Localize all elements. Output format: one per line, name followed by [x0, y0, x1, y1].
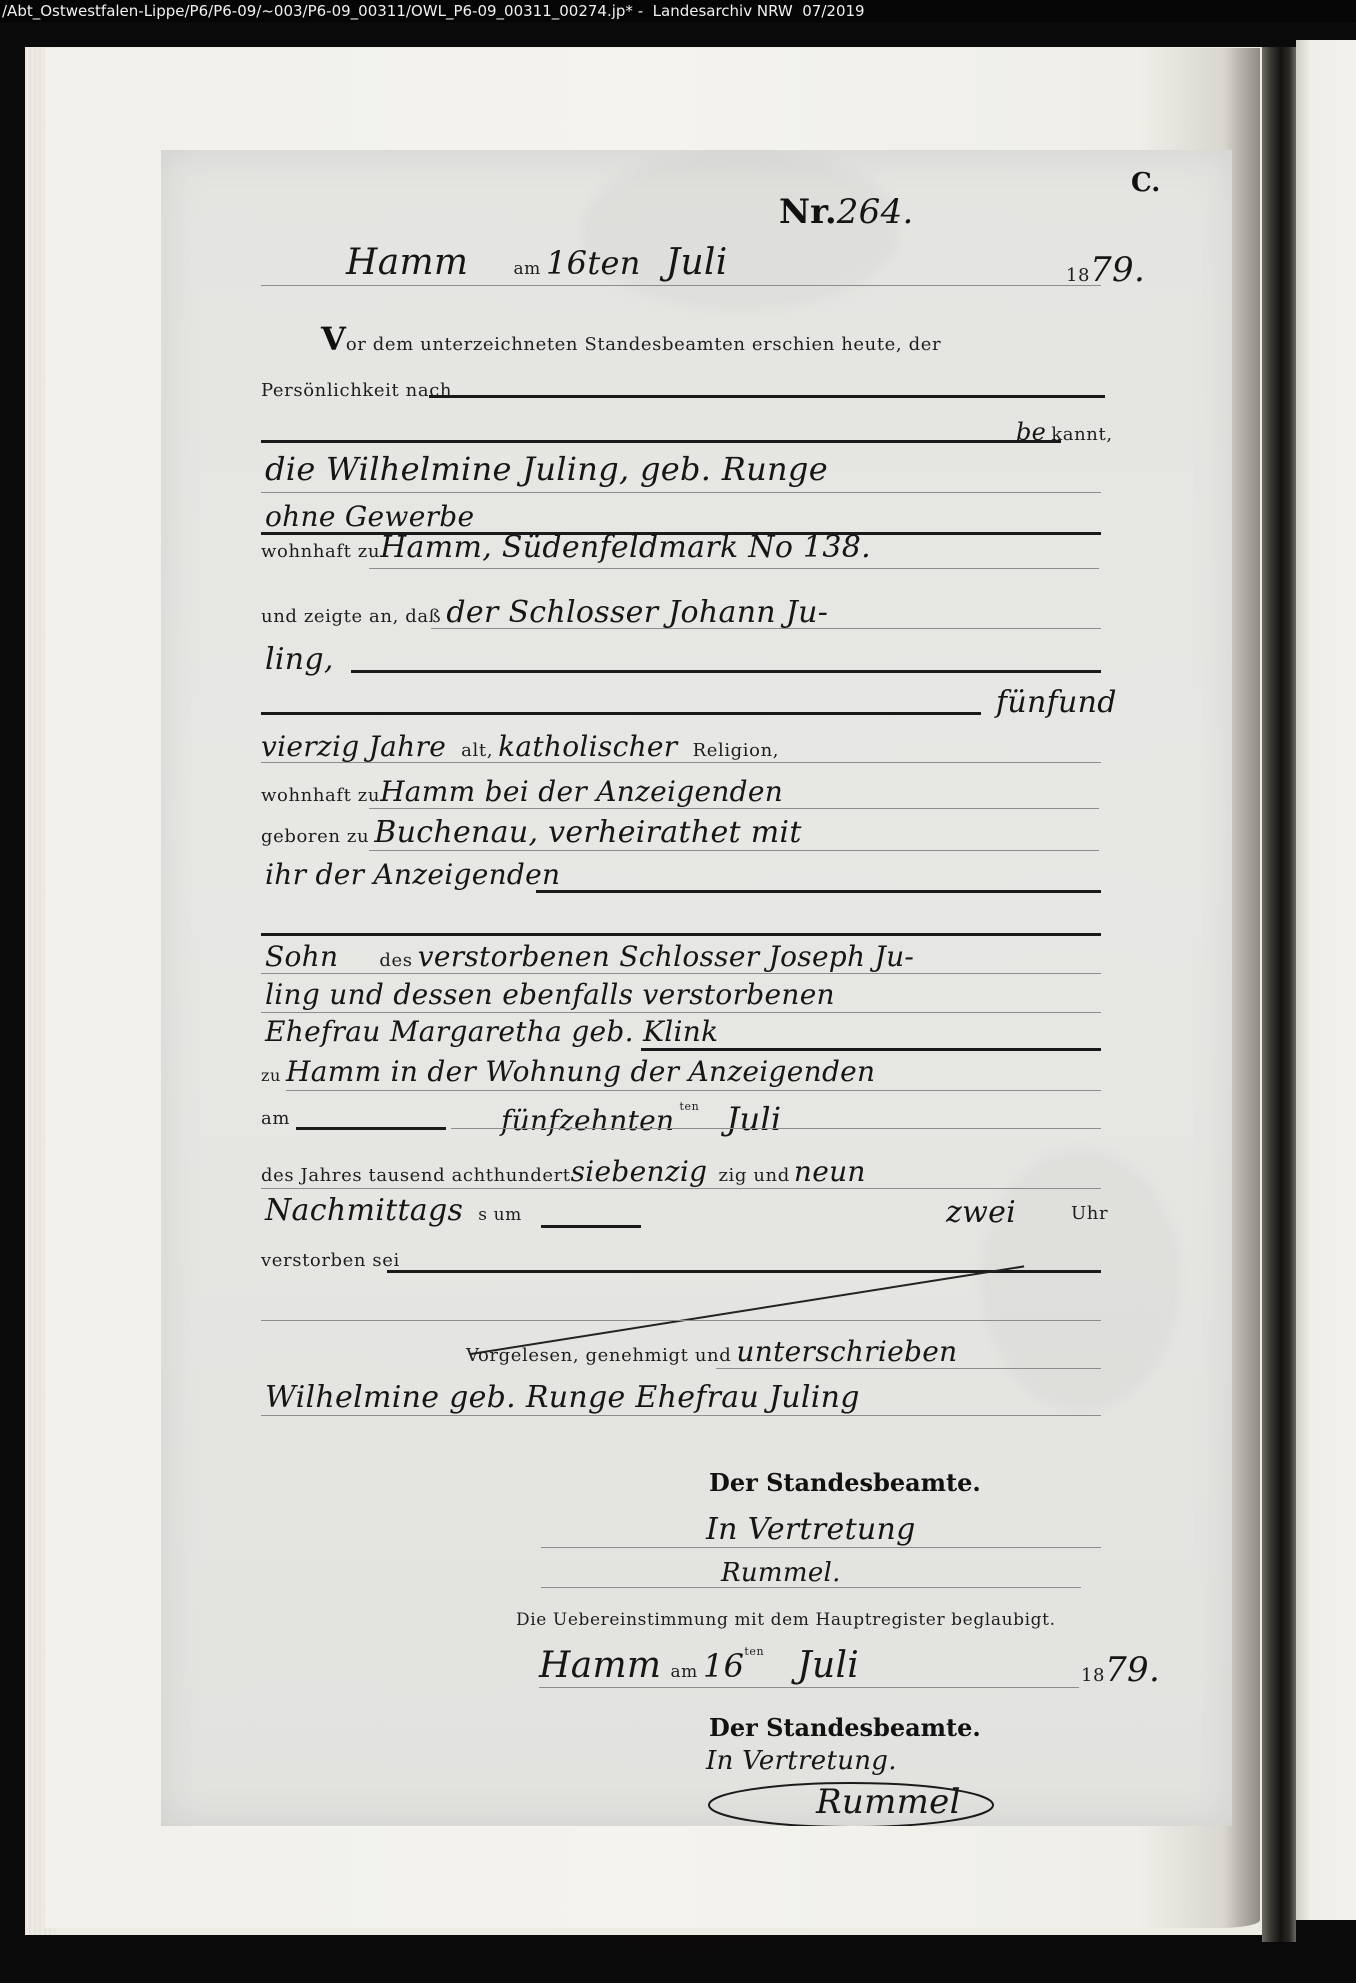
date-am-label: am — [513, 259, 540, 279]
year-suffix: 79. — [1090, 250, 1145, 290]
born-line: geboren zu Buchenau, verheirathet mit — [261, 815, 802, 850]
death-hour: zwei — [946, 1195, 1016, 1230]
residence-label: wohnhaft zu — [261, 541, 380, 562]
date-day: 16ten — [546, 244, 641, 282]
deceased-residence-line: wohnhaft zuHamm bei der Anzeigenden — [261, 775, 783, 808]
header-date: Hamm am 16ten Juli — [346, 242, 728, 283]
parents-line-1: Sohn des verstorbenen Schlosser Joseph J… — [265, 940, 914, 973]
cert-year-prefix: 18 — [1081, 1665, 1105, 1686]
deceased-age-2: vierzig Jahre — [261, 730, 446, 763]
cert-day: 16 — [703, 1647, 744, 1685]
um-label: s um — [478, 1205, 522, 1225]
deceased-name-2: ling, — [265, 642, 334, 677]
cert-year-suffix: 79. — [1105, 1650, 1160, 1690]
cert-day-suffix: ten — [744, 1645, 764, 1658]
deceased-birthplace: Buchenau, verheirathet mit — [374, 815, 801, 850]
record-number: Nr.264. — [779, 192, 914, 232]
father-name: verstorbenen Schlosser Joseph Ju- — [418, 940, 914, 973]
cert-registrar-title: Der Standesbeamte. — [709, 1713, 981, 1742]
uhr-label: Uhr — [1071, 1203, 1108, 1224]
number-value: 264. — [837, 192, 914, 232]
informant-name: die Wilhelmine Juling, geb. Runge — [265, 450, 828, 488]
parents-line-2: ling und dessen ebenfalls verstorbenen — [265, 978, 835, 1011]
adjacent-page — [1296, 40, 1356, 1920]
death-place: Hamm in der Wohnung der Anzeigenden — [286, 1055, 875, 1088]
time-of-day: Nachmittags — [265, 1193, 463, 1228]
deceased-religion: katholischer — [498, 730, 677, 763]
rule — [451, 1128, 1101, 1129]
residence-label: wohnhaft zu — [261, 785, 380, 806]
alt-label: alt, — [461, 740, 493, 761]
known-line: be kannt, — [1016, 418, 1113, 446]
death-year-units: neun — [794, 1155, 866, 1188]
window-title-bar: /Abt_Ostwestfalen-Lippe/P6/P6-09/~003/P6… — [0, 0, 1356, 22]
rule — [261, 285, 1101, 286]
rule — [261, 762, 1101, 763]
blank-line — [429, 395, 1105, 398]
death-record-form: C. Nr.264. Hamm am 16ten Juli 1879. Vor … — [161, 150, 1232, 1826]
informant-occupation: ohne Gewerbe — [265, 500, 474, 533]
death-year-tens: siebenzig — [571, 1155, 708, 1188]
date-month: Juli — [666, 242, 728, 283]
certification-date: Hamm am 16ten Juli — [539, 1645, 859, 1686]
day-suffix: ten — [679, 1100, 699, 1113]
rule — [536, 890, 1101, 893]
certification-text: Die Uebereinstimmung mit dem Hauptregist… — [516, 1610, 1056, 1630]
deceased-spouse: ihr der Anzeigenden — [265, 858, 560, 891]
death-month: Juli — [726, 1100, 781, 1138]
cert-am: am — [670, 1662, 697, 1682]
deceased-residence: Hamm bei der Anzeigenden — [380, 775, 783, 808]
verstorben-label: verstorben sei — [261, 1250, 400, 1271]
read-approved-hand: unterschrieben — [736, 1335, 957, 1368]
book-gutter — [1262, 47, 1296, 1942]
rule — [261, 933, 1101, 936]
zig-label: zig und — [718, 1165, 789, 1186]
informant-residence-line: wohnhaft zuHamm, Südenfeldmark No 138. — [261, 530, 871, 565]
cert-year: 1879. — [1081, 1650, 1160, 1690]
rule — [261, 492, 1101, 493]
rule — [261, 1012, 1101, 1013]
cert-month: Juli — [797, 1645, 859, 1686]
death-day: fünfzehnten — [501, 1104, 674, 1137]
informant-signature: Wilhelmine geb. Runge Ehefrau Juling — [265, 1380, 860, 1415]
blank-line — [296, 1127, 446, 1130]
mother-name: Ehefrau Margaretha geb. Klink — [265, 1015, 718, 1048]
form-letter: C. — [1131, 168, 1160, 198]
intro-initial: V — [321, 320, 346, 358]
registrar-signature: Rummel. — [721, 1558, 841, 1588]
rule — [369, 568, 1099, 569]
rule — [431, 628, 1101, 629]
informant-residence: Hamm, Südenfeldmark No 138. — [380, 530, 871, 565]
rule — [261, 712, 981, 715]
death-date-line: am — [261, 1108, 290, 1129]
known-hand: be — [1016, 418, 1046, 446]
rule — [261, 1320, 1101, 1321]
year-prefix: 18 — [1066, 265, 1090, 286]
number-label: Nr. — [779, 192, 837, 232]
rule — [261, 1415, 1101, 1416]
registrar-line-1: In Vertretung — [706, 1512, 916, 1547]
rule — [541, 1587, 1081, 1588]
religion-label: Religion, — [693, 740, 780, 761]
rule — [261, 1188, 1101, 1189]
death-time-line: Nachmittags s um — [265, 1193, 522, 1228]
registrar-title: Der Standesbeamte. — [709, 1468, 981, 1497]
known-label: kannt, — [1051, 424, 1112, 445]
am-label: am — [261, 1108, 290, 1129]
rule — [261, 973, 1101, 974]
rule — [541, 1547, 1101, 1548]
rule — [286, 1090, 1101, 1091]
death-place-line: zu Hamm in der Wohnung der Anzeigenden — [261, 1055, 875, 1088]
born-label: geboren zu — [261, 826, 369, 847]
intro-text: or dem unterzeichneten Standesbeamten er… — [346, 334, 941, 355]
register-photo: C. Nr.264. Hamm am 16ten Juli 1879. Vor … — [161, 150, 1232, 1826]
intro-line: Vor dem unterzeichneten Standesbeamten e… — [321, 320, 941, 358]
deceased-name-1: der Schlosser Johann Ju- — [446, 595, 828, 630]
death-year-line: des Jahres tausend achthundertsiebenzig … — [261, 1155, 866, 1188]
personality-label: Persönlichkeit nach — [261, 380, 452, 401]
des-label: des — [379, 950, 412, 971]
blank-line — [541, 1225, 641, 1228]
son-label: Sohn — [265, 940, 338, 973]
blank-line — [261, 440, 1061, 443]
rule — [716, 1368, 1101, 1369]
signature-flourish — [701, 1765, 1001, 1826]
date-place: Hamm — [346, 242, 468, 283]
cert-place: Hamm — [539, 1645, 661, 1686]
death-day-month: fünfzehnten ten Juli — [501, 1100, 781, 1138]
zu-label: zu — [261, 1066, 281, 1085]
rule — [351, 670, 1101, 673]
read-approved-line: Vorgelesen, genehmigt und unterschrieben — [466, 1335, 957, 1368]
deceased-age-1: fünfund — [996, 685, 1117, 720]
age-religion-line: vierzig Jahre alt, katholischer Religion… — [261, 730, 779, 763]
declared-line: und zeigte an, daß der Schlosser Johann … — [261, 595, 828, 630]
rule — [369, 808, 1099, 809]
rule — [539, 1687, 1079, 1688]
header-year: 1879. — [1066, 250, 1145, 290]
year-label: des Jahres tausend achthundert — [261, 1165, 571, 1186]
rule — [369, 850, 1099, 851]
declared-label: und zeigte an, daß — [261, 606, 441, 627]
rule — [641, 1048, 1101, 1051]
read-approved-label: Vorgelesen, genehmigt und — [466, 1345, 731, 1366]
